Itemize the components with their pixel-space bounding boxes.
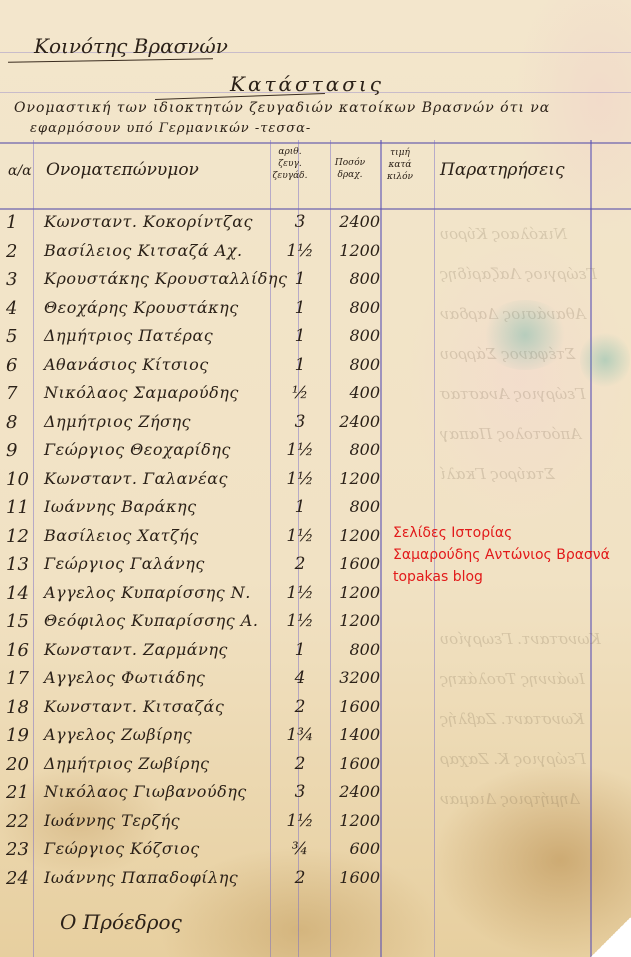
row-amount: 2400 <box>330 212 380 231</box>
row-name: Κωνσταντ. Γαλανέας <box>44 469 228 488</box>
row-amount: 3200 <box>330 668 380 687</box>
row-name: Βασίλειος Χατζής <box>44 526 199 545</box>
table-row: 17Αγγελος Φωτιάδης43200 <box>0 668 400 694</box>
row-pairs: 1 <box>280 298 320 318</box>
table-row: 10Κωνσταντ. Γαλανέας1½1200 <box>0 469 400 495</box>
row-amount: 800 <box>330 269 380 288</box>
table-row: 15Θεόφιλος Κυπαρίσσης Α.1½1200 <box>0 611 400 637</box>
row-name: Νικόλαος Γιωβανούδης <box>44 782 247 801</box>
bleed-through-text: Κωνσταντ. Ζαβλής <box>440 710 584 728</box>
row-number: 21 <box>6 782 36 803</box>
row-number: 2 <box>6 241 36 262</box>
row-name: Θεοχάρης Κρουστάκης <box>44 298 239 317</box>
table-row: 8Δημήτριος Ζήσης32400 <box>0 412 400 438</box>
row-pairs: 1½ <box>280 611 320 631</box>
row-name: Κωνσταντ. Κοκορίντζας <box>44 212 253 231</box>
table-row: 4Θεοχάρης Κρουστάκης1800 <box>0 298 400 324</box>
bleed-through-text: Δημήτριος Διαμαν <box>440 790 580 808</box>
watermark: Σελίδες Ιστορίας Σαμαρούδης Αντώνιος Βρα… <box>393 522 610 588</box>
row-number: 23 <box>6 839 36 860</box>
table-row: 3Κρουστάκης Κρουσταλλίδης1800 <box>0 269 400 295</box>
row-number: 6 <box>6 355 36 376</box>
table-row: 1Κωνσταντ. Κοκορίντζας32400 <box>0 212 400 238</box>
row-amount: 1600 <box>330 868 380 887</box>
row-name: Δημήτριος Πατέρας <box>44 326 213 345</box>
row-number: 13 <box>6 554 36 575</box>
row-number: 11 <box>6 497 36 518</box>
column-header-amount: Ποσόν δραχ. <box>330 157 370 181</box>
row-name: Αγγελος Φωτιάδης <box>44 668 205 687</box>
row-pairs: 1 <box>280 269 320 289</box>
watermark-line-1: Σελίδες Ιστορίας <box>393 522 610 544</box>
row-number: 12 <box>6 526 36 547</box>
intro-line-2: εφαρμόσουν υπό Γερμανικών -τεσσα- <box>30 121 311 136</box>
ink-stain <box>480 300 570 370</box>
row-pairs: 2 <box>280 697 320 717</box>
row-amount: 800 <box>330 298 380 317</box>
row-number: 24 <box>6 868 36 889</box>
row-name: Γεώργιος Γαλάνης <box>44 554 205 573</box>
row-pairs: 1 <box>280 326 320 346</box>
heading-underline <box>8 58 213 63</box>
row-name: Ιωάννης Βαράκης <box>44 497 197 516</box>
row-pairs: 1 <box>280 497 320 517</box>
column-header-name: Ονοματεπώνυμον <box>46 160 199 180</box>
table-row: 14Αγγελος Κυπαρίσσης Ν.1½1200 <box>0 583 400 609</box>
row-amount: 1600 <box>330 754 380 773</box>
row-pairs: ½ <box>280 383 320 403</box>
row-pairs: 4 <box>280 668 320 688</box>
row-name: Κωνσταντ. Ζαρμάνης <box>44 640 228 659</box>
table-row: 7Νικόλαος Σαμαρούδης½400 <box>0 383 400 409</box>
row-pairs: 3 <box>280 782 320 802</box>
bleed-through-text: Απόστολος Παπαγ <box>440 425 581 443</box>
bleed-through-text: Νικόλαος Κύρου <box>440 225 567 243</box>
watermark-line-2: Σαμαρούδης Αντώνιος Βρασνά <box>393 544 610 566</box>
document-title: Κατάστασις <box>230 72 384 96</box>
row-name: Δημήτριος Ζήσης <box>44 412 191 431</box>
watermark-line-3: topakas blog <box>393 566 610 588</box>
bleed-through-text: Γεώργιος Λαζαρίδης <box>440 265 597 283</box>
table-row: 11Ιωάννης Βαράκης1800 <box>0 497 400 523</box>
row-pairs: 1 <box>280 355 320 375</box>
column-header-remarks: Παρατηρήσεις <box>440 160 564 180</box>
table-row: 16Κωνσταντ. Ζαρμάνης1800 <box>0 640 400 666</box>
row-pairs: 3 <box>280 212 320 232</box>
row-name: Αγγελος Κυπαρίσσης Ν. <box>44 583 251 602</box>
row-amount: 1600 <box>330 697 380 716</box>
table-row: 2Βασίλειος Κιτσαζά Αχ.1½1200 <box>0 241 400 267</box>
row-pairs: 1½ <box>280 583 320 603</box>
row-amount: 1200 <box>330 469 380 488</box>
row-amount: 1200 <box>330 526 380 545</box>
row-amount: 800 <box>330 326 380 345</box>
table-row: 6Αθανάσιος Κίτσιος1800 <box>0 355 400 381</box>
row-pairs: 1½ <box>280 469 320 489</box>
signature: Ο Πρόεδρος <box>60 910 182 934</box>
bleed-through-text: Γεώργιος Κ. Ζαχαρ <box>440 750 586 768</box>
table-row: 9Γεώργιος Θεοχαρίδης1½800 <box>0 440 400 466</box>
intro-line-1: Ονομαστική των ιδιοκτητών ζευγαδιών κατο… <box>14 100 550 116</box>
row-number: 16 <box>6 640 36 661</box>
row-amount: 1200 <box>330 811 380 830</box>
column-header-pairs: αριθ. ζευγ. ζευγάδ. <box>270 146 310 182</box>
row-name: Αγγελος Ζωβίρης <box>44 725 192 744</box>
row-pairs: 2 <box>280 754 320 774</box>
document-page: Νικόλαος Κύρου Γεώργιος Λαζαρίδης Αθανάσ… <box>0 0 631 957</box>
rule-line <box>0 142 631 144</box>
row-name: Αθανάσιος Κίτσιος <box>44 355 209 374</box>
row-number: 20 <box>6 754 36 775</box>
row-name: Γεώργιος Κόζσιος <box>44 839 200 858</box>
row-name: Ιωάννης Τερζής <box>44 811 180 830</box>
table-row: 23Γεώργιος Κόζσιος¾600 <box>0 839 400 865</box>
row-number: 10 <box>6 469 36 490</box>
row-pairs: 1½ <box>280 811 320 831</box>
row-name: Ιωάννης Παπαδοφίλης <box>44 868 238 887</box>
row-pairs: ¾ <box>280 839 320 859</box>
row-name: Νικόλαος Σαμαρούδης <box>44 383 239 402</box>
table-row: 13Γεώργιος Γαλάνης21600 <box>0 554 400 580</box>
row-amount: 600 <box>330 839 380 858</box>
row-number: 15 <box>6 611 36 632</box>
row-number: 1 <box>6 212 36 233</box>
column-header-price: τιμή κατά κιλόν <box>380 147 420 183</box>
rule-line <box>0 208 631 210</box>
table-row: 5Δημήτριος Πατέρας1800 <box>0 326 400 352</box>
ink-stain <box>580 330 630 390</box>
bleed-through-text: Σταύρος Γκαλί <box>440 465 555 483</box>
table-row: 12Βασίλειος Χατζής1½1200 <box>0 526 400 552</box>
row-amount: 400 <box>330 383 380 402</box>
row-name: Κρουστάκης Κρουσταλλίδης <box>44 269 287 288</box>
row-pairs: 3 <box>280 412 320 432</box>
table-row: 18Κωνσταντ. Κιτσαζάς21600 <box>0 697 400 723</box>
row-number: 19 <box>6 725 36 746</box>
row-pairs: 2 <box>280 868 320 888</box>
row-number: 7 <box>6 383 36 404</box>
row-amount: 800 <box>330 497 380 516</box>
row-number: 8 <box>6 412 36 433</box>
row-amount: 1400 <box>330 725 380 744</box>
table-row: 21Νικόλαος Γιωβανούδης32400 <box>0 782 400 808</box>
row-number: 4 <box>6 298 36 319</box>
row-number: 17 <box>6 668 36 689</box>
row-pairs: 1¾ <box>280 725 320 745</box>
row-pairs: 1 <box>280 640 320 660</box>
row-amount: 1200 <box>330 583 380 602</box>
row-number: 9 <box>6 440 36 461</box>
bleed-through-text: Ιωάννης Τσολάκης <box>440 670 585 688</box>
row-amount: 800 <box>330 355 380 374</box>
torn-corner <box>591 917 631 957</box>
row-name: Θεόφιλος Κυπαρίσσης Α. <box>44 611 258 630</box>
row-pairs: 2 <box>280 554 320 574</box>
row-name: Βασίλειος Κιτσαζά Αχ. <box>44 241 243 260</box>
row-number: 14 <box>6 583 36 604</box>
row-name: Γεώργιος Θεοχαρίδης <box>44 440 231 459</box>
row-amount: 2400 <box>330 412 380 431</box>
row-amount: 1200 <box>330 241 380 260</box>
table-row: 24Ιωάννης Παπαδοφίλης21600 <box>0 868 400 894</box>
row-amount: 800 <box>330 640 380 659</box>
bleed-through-text: Γεώργιος Αναστασ <box>440 385 586 403</box>
column-header-no: α/α <box>8 163 32 179</box>
row-number: 3 <box>6 269 36 290</box>
table-row: 22Ιωάννης Τερζής1½1200 <box>0 811 400 837</box>
row-number: 22 <box>6 811 36 832</box>
row-amount: 1600 <box>330 554 380 573</box>
row-number: 5 <box>6 326 36 347</box>
row-amount: 1200 <box>330 611 380 630</box>
table-row: 19Αγγελος Ζωβίρης1¾1400 <box>0 725 400 751</box>
row-name: Δημήτριος Ζωβίρης <box>44 754 209 773</box>
row-pairs: 1½ <box>280 440 320 460</box>
row-number: 18 <box>6 697 36 718</box>
row-pairs: 1½ <box>280 241 320 261</box>
row-name: Κωνσταντ. Κιτσαζάς <box>44 697 224 716</box>
table-row: 20Δημήτριος Ζωβίρης21600 <box>0 754 400 780</box>
row-amount: 800 <box>330 440 380 459</box>
community-heading: Κοινότης Βρασνών <box>34 34 228 58</box>
bleed-through-text: Κωνσταντ. Γεωργίου <box>440 630 601 648</box>
row-amount: 2400 <box>330 782 380 801</box>
row-pairs: 1½ <box>280 526 320 546</box>
